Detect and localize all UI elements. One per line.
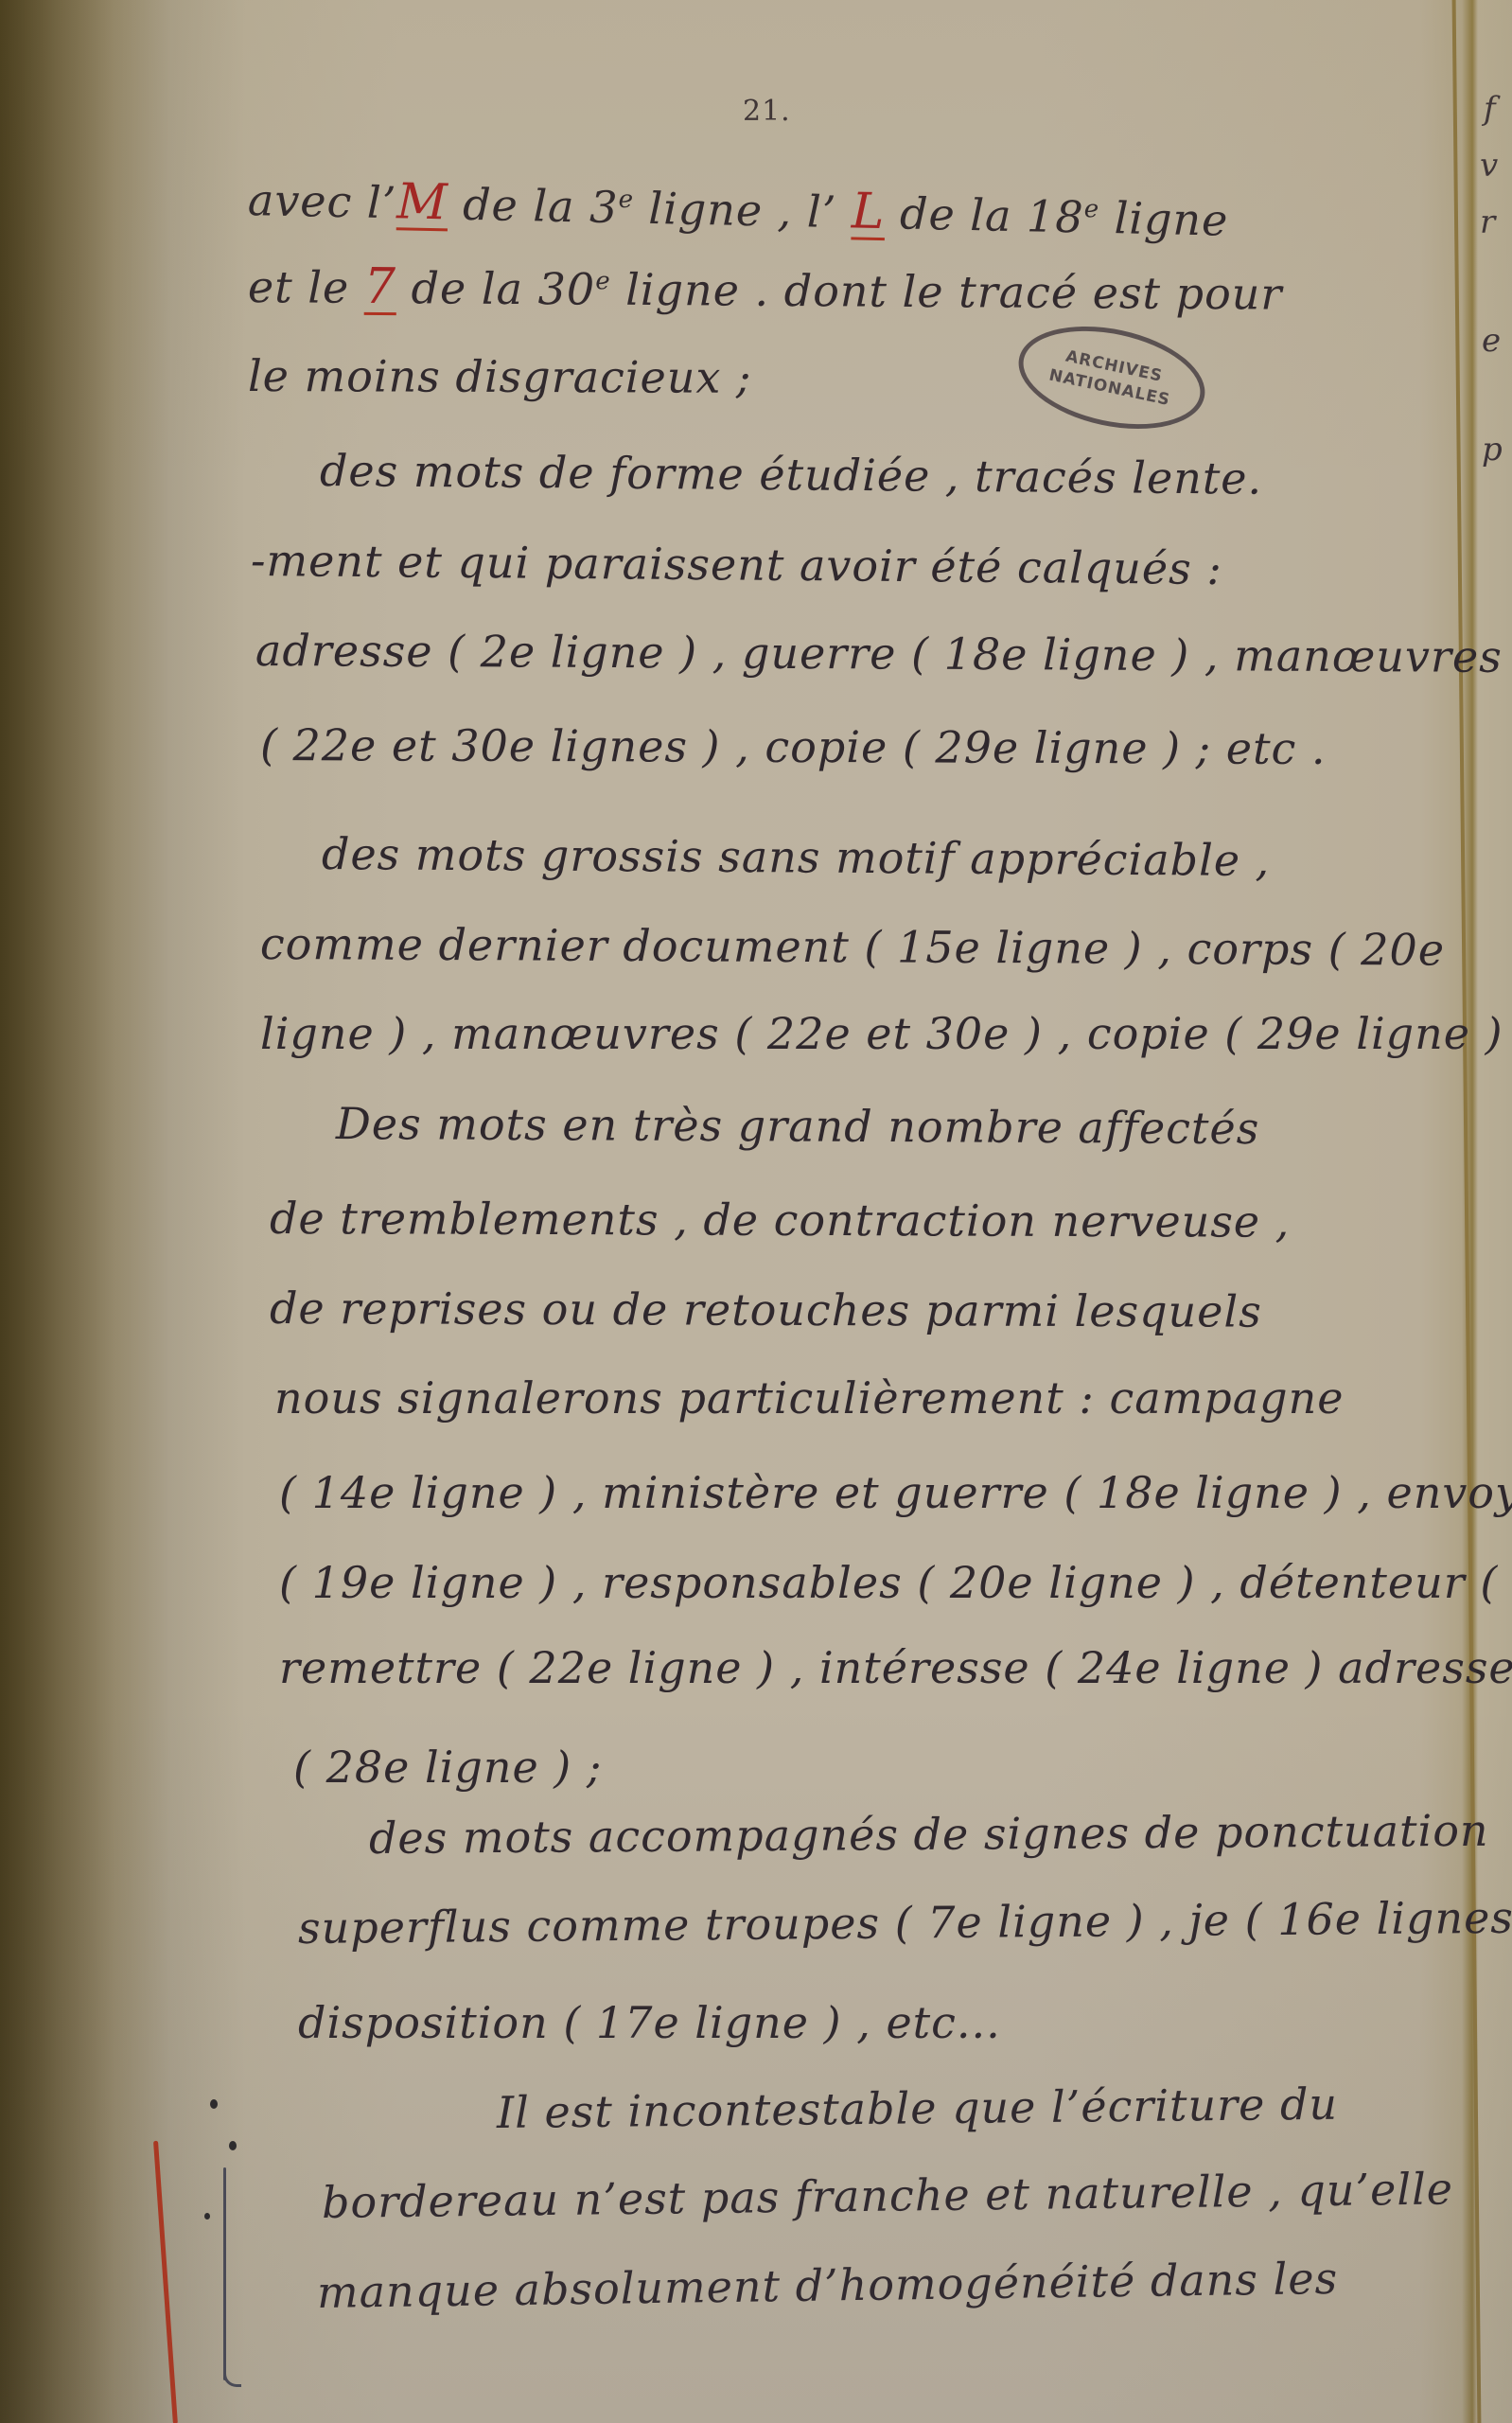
text-line: remettre ( 22e ligne ) , intéresse ( 24e… xyxy=(279,1642,1512,1693)
pencil-margin-bracket-hook xyxy=(223,2371,241,2387)
text-segment: le moins disgracieux ; xyxy=(248,350,752,403)
text-segment: ligne xyxy=(1099,192,1228,246)
text-line: Des mots en très grand nombre affectés xyxy=(336,1098,1260,1154)
text-segment: ( 19e ligne ) , responsables ( 20e ligne… xyxy=(279,1557,1512,1608)
text-line: disposition ( 17e ligne ) , etc... xyxy=(298,1997,1001,2048)
text-segment: et le xyxy=(248,261,364,313)
text-segment: comme dernier document ( 15e ligne ) , c… xyxy=(260,918,1445,976)
text-segment: ( 28e ligne ) ; xyxy=(293,1742,602,1793)
text-segment: Des mots en très grand nombre affectés xyxy=(336,1098,1260,1154)
ordinal-suffix: e xyxy=(618,186,634,214)
text-segment: ligne . dont le tracé est pour xyxy=(610,264,1282,320)
text-segment: adresse ( 2e ligne ) , guerre ( 18e lign… xyxy=(255,625,1503,682)
margin-fragment: r xyxy=(1480,203,1495,241)
text-line: des mots de forme étudiée , tracés lente… xyxy=(320,445,1263,504)
text-segment: Il est incontestable que l’écriture du xyxy=(497,2078,1339,2138)
text-line: ( 22e et 30e lignes ) , copie ( 29e lign… xyxy=(260,719,1327,774)
text-segment: ligne , l’ xyxy=(633,183,852,239)
text-segment: remettre ( 22e ligne ) , intéresse ( 24e… xyxy=(279,1642,1512,1693)
red-margin-mark xyxy=(153,2141,178,2423)
text-segment: de reprises ou de retouches parmi lesque… xyxy=(270,1282,1262,1337)
text-segment: nous signalerons particulièrement : camp… xyxy=(274,1372,1344,1424)
pencil-margin-bracket xyxy=(223,2167,226,2380)
text-line: ( 19e ligne ) , responsables ( 20e ligne… xyxy=(279,1557,1512,1608)
text-line: des mots grossis sans motif appréciable … xyxy=(322,828,1271,886)
margin-fragment: v xyxy=(1480,147,1498,185)
pin-hole xyxy=(229,2141,237,2150)
red-ink-mark: M xyxy=(396,173,448,231)
text-line: ( 28e ligne ) ; xyxy=(293,1742,602,1793)
text-line: -ment et qui paraissent avoir été calqué… xyxy=(251,535,1222,594)
text-segment: avec l’ xyxy=(247,174,396,228)
ordinal-suffix: e xyxy=(595,267,611,295)
margin-fragment: p xyxy=(1482,431,1503,469)
text-line: ligne ) , manœuvres ( 22e et 30e ) , cop… xyxy=(260,1008,1512,1059)
text-segment: disposition ( 17e ligne ) , etc... xyxy=(298,1997,1001,2048)
archives-nationales-stamp: ARCHIVES NATIONALES xyxy=(1010,310,1215,444)
text-line: adresse ( 2e ligne ) , guerre ( 18e lign… xyxy=(255,625,1503,682)
adjacent-page-edge: f v r e p xyxy=(1476,0,1512,2423)
page-number: 21. xyxy=(743,95,791,128)
text-line: et le 7 de la 30e ligne . dont le tracé … xyxy=(248,257,1283,322)
text-line: nous signalerons particulièrement : camp… xyxy=(274,1372,1344,1424)
text-line: manque absolument d’homogénéité dans les xyxy=(317,2253,1339,2318)
text-line: des mots accompagnés de signes de ponctu… xyxy=(369,1805,1489,1864)
pin-hole xyxy=(204,2213,210,2220)
text-line: le moins disgracieux ; xyxy=(248,350,752,403)
text-segment: ( 22e et 30e lignes ) , copie ( 29e lign… xyxy=(260,719,1327,774)
text-segment: de tremblements , de contraction nerveus… xyxy=(270,1193,1291,1247)
text-segment: manque absolument d’homogénéité dans les xyxy=(317,2253,1339,2318)
manuscript-page: f v r e p 21. ARCHIVES NATIONALES avec l… xyxy=(0,0,1512,2423)
text-line: superflus comme troupes ( 7e ligne ) , j… xyxy=(298,1891,1512,1954)
text-line: comme dernier document ( 15e ligne ) , c… xyxy=(260,918,1445,976)
text-segment: de la 18 xyxy=(885,187,1084,242)
text-line: de tremblements , de contraction nerveus… xyxy=(270,1193,1291,1247)
margin-fragment: e xyxy=(1482,322,1501,360)
text-segment: superflus comme troupes ( 7e ligne ) , j… xyxy=(298,1891,1512,1954)
text-segment: de la 30 xyxy=(396,262,596,314)
text-segment: ligne ) , manœuvres ( 22e et 30e ) , cop… xyxy=(260,1008,1512,1059)
text-line: avec l’M de la 3e ligne , l’ L de la 18e… xyxy=(247,170,1229,248)
margin-fragment: f xyxy=(1484,90,1496,128)
text-segment: des mots de forme étudiée , tracés lente… xyxy=(320,445,1263,504)
text-segment: de la 3 xyxy=(448,178,619,233)
text-segment: -ment et qui paraissent avoir été calqué… xyxy=(251,535,1222,594)
text-line: bordereau n’est pas franche et naturelle… xyxy=(322,2163,1454,2228)
ordinal-suffix: e xyxy=(1084,195,1100,223)
text-segment: ( 14e ligne ) , ministère et guerre ( 18… xyxy=(279,1467,1512,1518)
text-segment: des mots grossis sans motif appréciable … xyxy=(322,828,1271,886)
pin-hole xyxy=(210,2099,218,2109)
text-segment: bordereau n’est pas franche et naturelle… xyxy=(322,2163,1454,2228)
text-line: de reprises ou de retouches parmi lesque… xyxy=(270,1282,1262,1337)
text-segment: des mots accompagnés de signes de ponctu… xyxy=(369,1805,1489,1864)
red-ink-mark: 7 xyxy=(364,258,397,315)
text-line: Il est incontestable que l’écriture du xyxy=(497,2078,1339,2138)
red-ink-mark: L xyxy=(851,183,886,240)
text-line: ( 14e ligne ) , ministère et guerre ( 18… xyxy=(279,1467,1512,1518)
